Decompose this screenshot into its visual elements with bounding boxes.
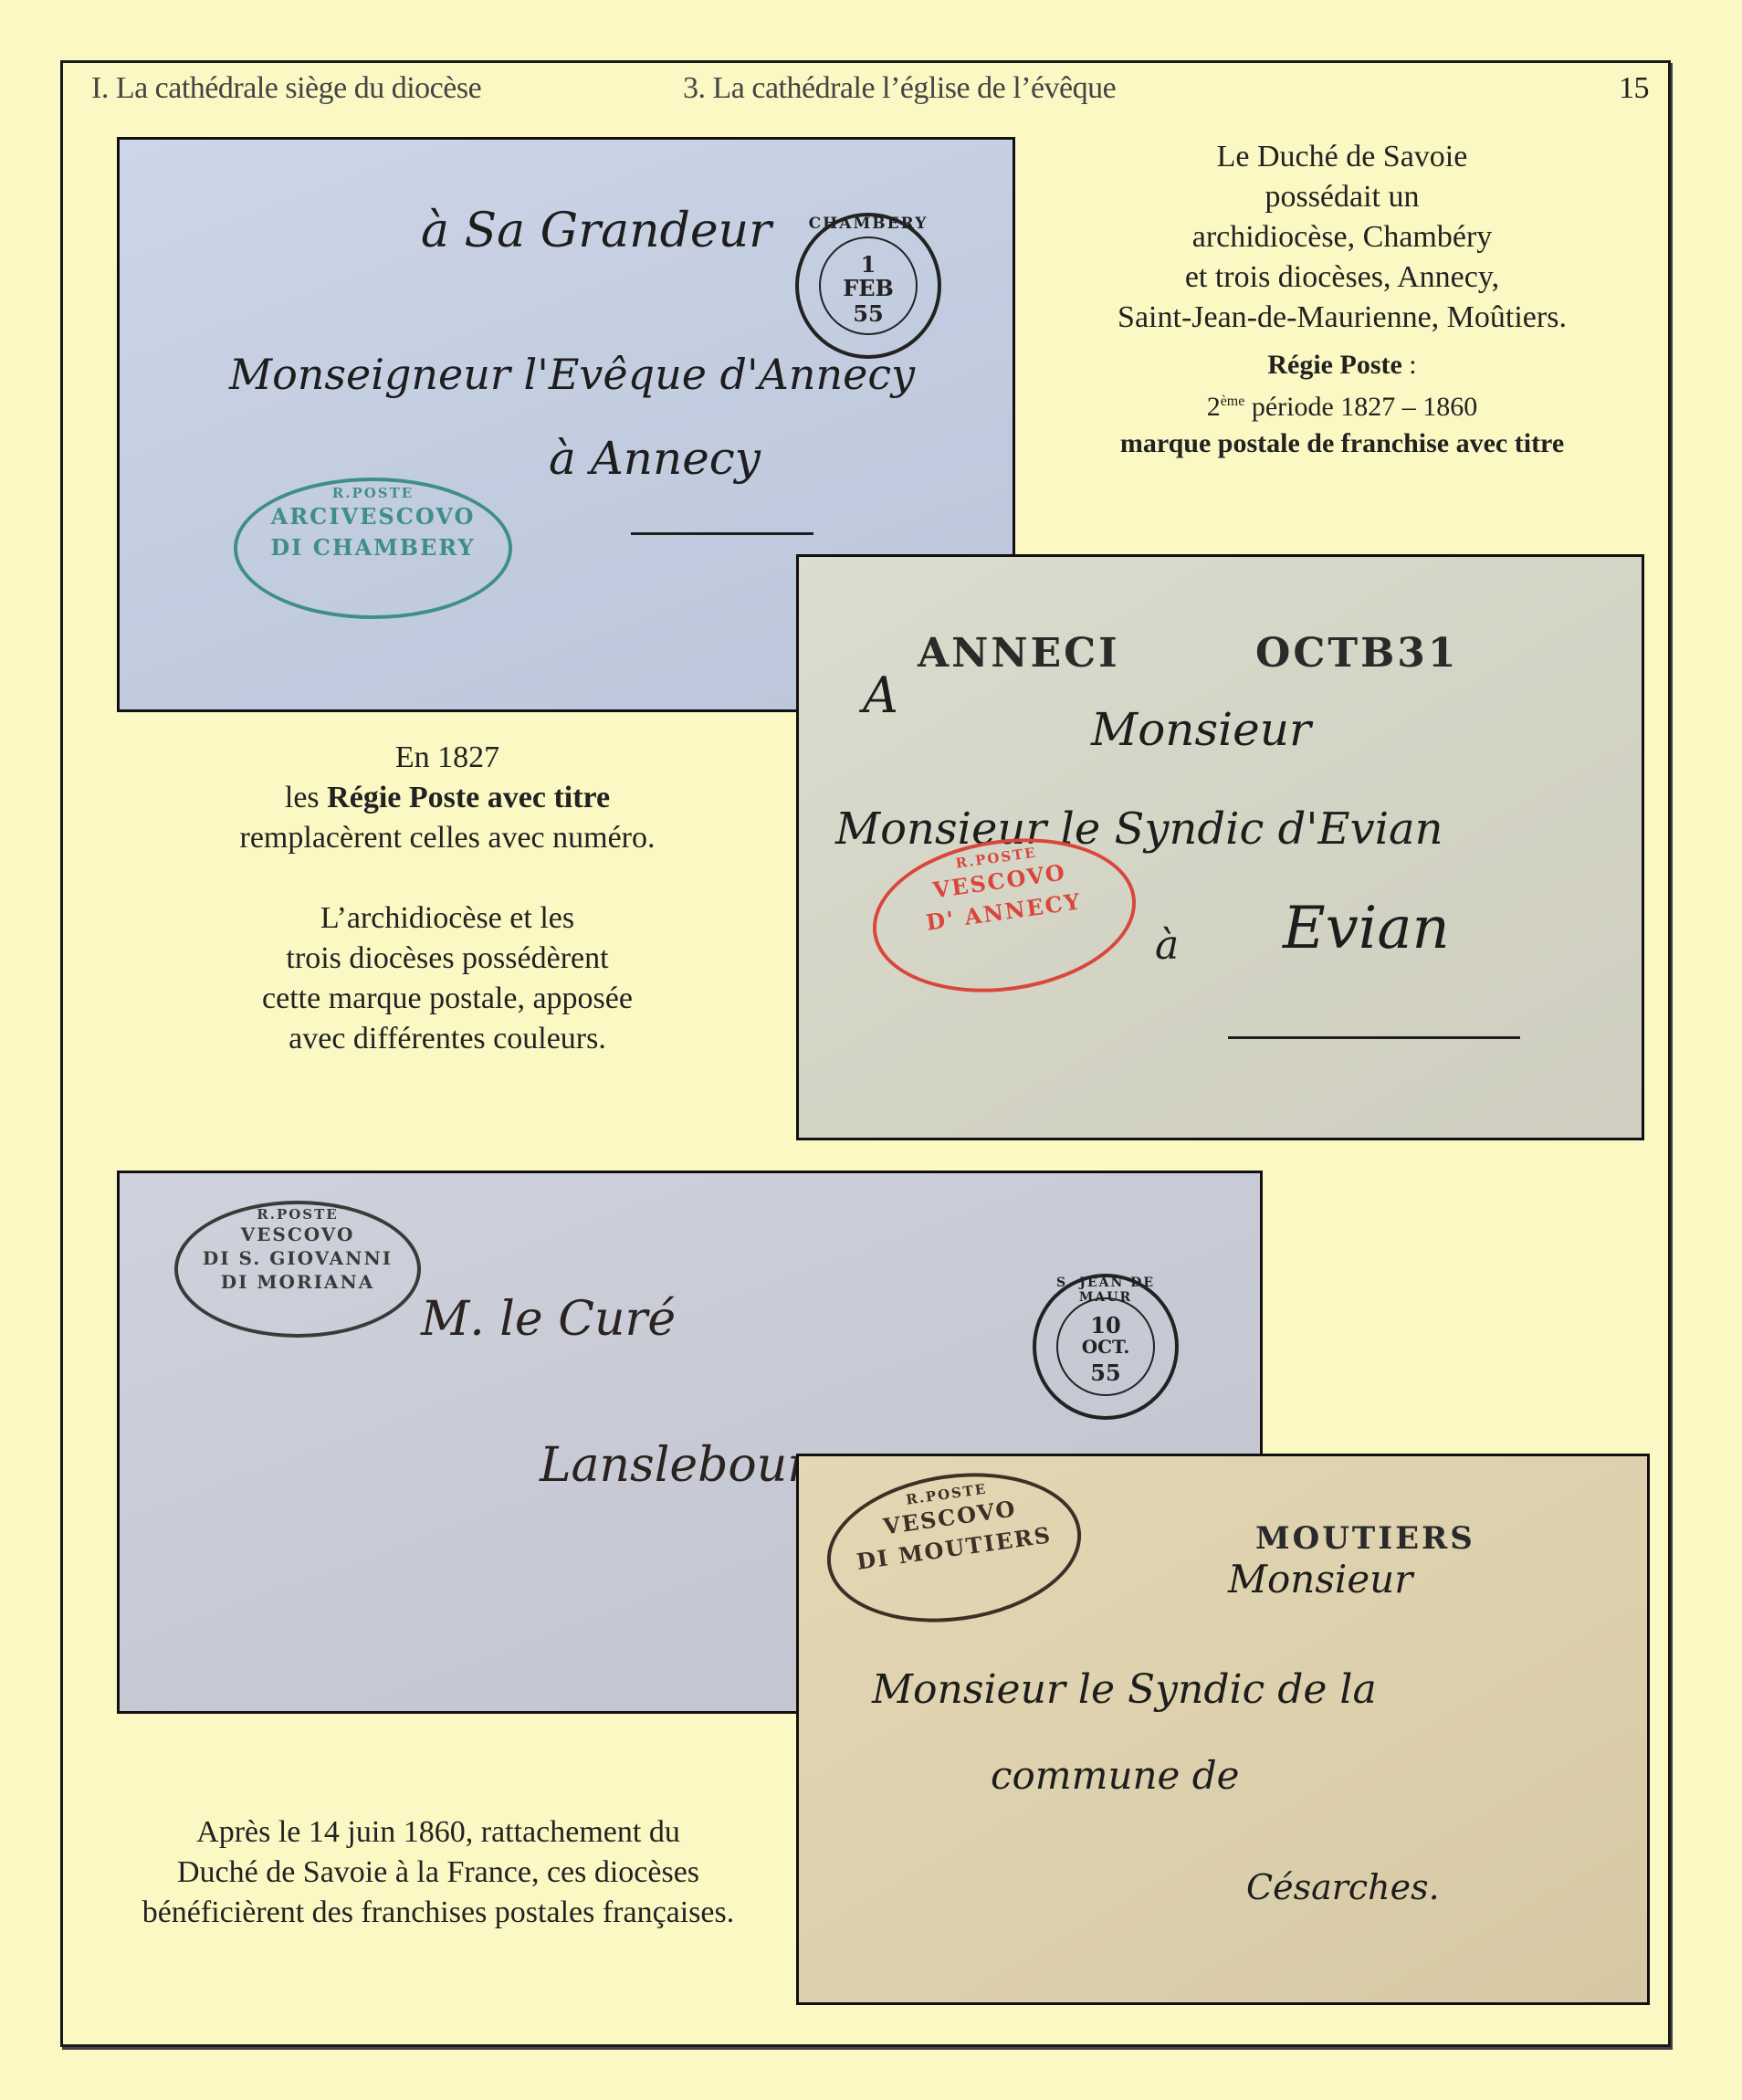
bottom-text: Après le 14 juin 1860, rattachement du D… bbox=[73, 1812, 803, 1933]
page-number: 15 bbox=[1619, 71, 1649, 106]
subtitle: marque postale de franchise avec titre bbox=[1023, 425, 1662, 462]
straight-line-postmark: ANNECI bbox=[918, 630, 1120, 677]
date-stamp-chambery: CHAMBERY 1 FEB 55 bbox=[795, 213, 941, 359]
franchise-oval-stamp: R.POSTE ARCIVESCOVO DI CHAMBERY bbox=[234, 478, 512, 619]
stamp-top-text: R.POSTE bbox=[237, 485, 509, 501]
underline-stroke bbox=[631, 532, 813, 535]
handwritten-address-line: à Annecy bbox=[549, 432, 761, 485]
handwritten-address-line: Monseigneur l'Evêque d'Annecy bbox=[229, 350, 915, 399]
envelope-moutiers: R.POSTE VESCOVO DI MOUTIERS MOUTIERS Mon… bbox=[796, 1454, 1650, 2005]
date-stamp-maurienne: S. JEAN DE MAUR 10 OCT. 55 bbox=[1033, 1274, 1179, 1420]
section-title-left: I. La cathédrale siège du diocèse bbox=[91, 71, 481, 106]
date-postmark: OCTB31 bbox=[1255, 630, 1459, 677]
envelope-annecy: ANNECI OCTB31 A Monsieur Monsieur le Syn… bbox=[796, 554, 1644, 1140]
stamp-line: DI CHAMBERY bbox=[237, 532, 509, 563]
stamp-line: ARCIVESCOVO bbox=[237, 501, 509, 532]
franchise-oval-stamp: R.POSTE VESCOVO DI S. GIOVANNI DI MORIAN… bbox=[174, 1201, 421, 1338]
middle-text: En 1827 les Régie Poste avec titre rempl… bbox=[164, 738, 730, 1059]
handwritten-address-line: à Sa Grandeur bbox=[421, 204, 771, 258]
straight-line-postmark: MOUTIERS bbox=[1255, 1520, 1475, 1557]
franchise-oval-stamp: R.POSTE VESCOVO DI MOUTIERS bbox=[817, 1457, 1091, 1637]
section-title-middle: 3. La cathédrale l’église de l’évêque bbox=[683, 71, 1116, 106]
intro-text: Le Duché de Savoie possédait un archidio… bbox=[1023, 137, 1662, 462]
